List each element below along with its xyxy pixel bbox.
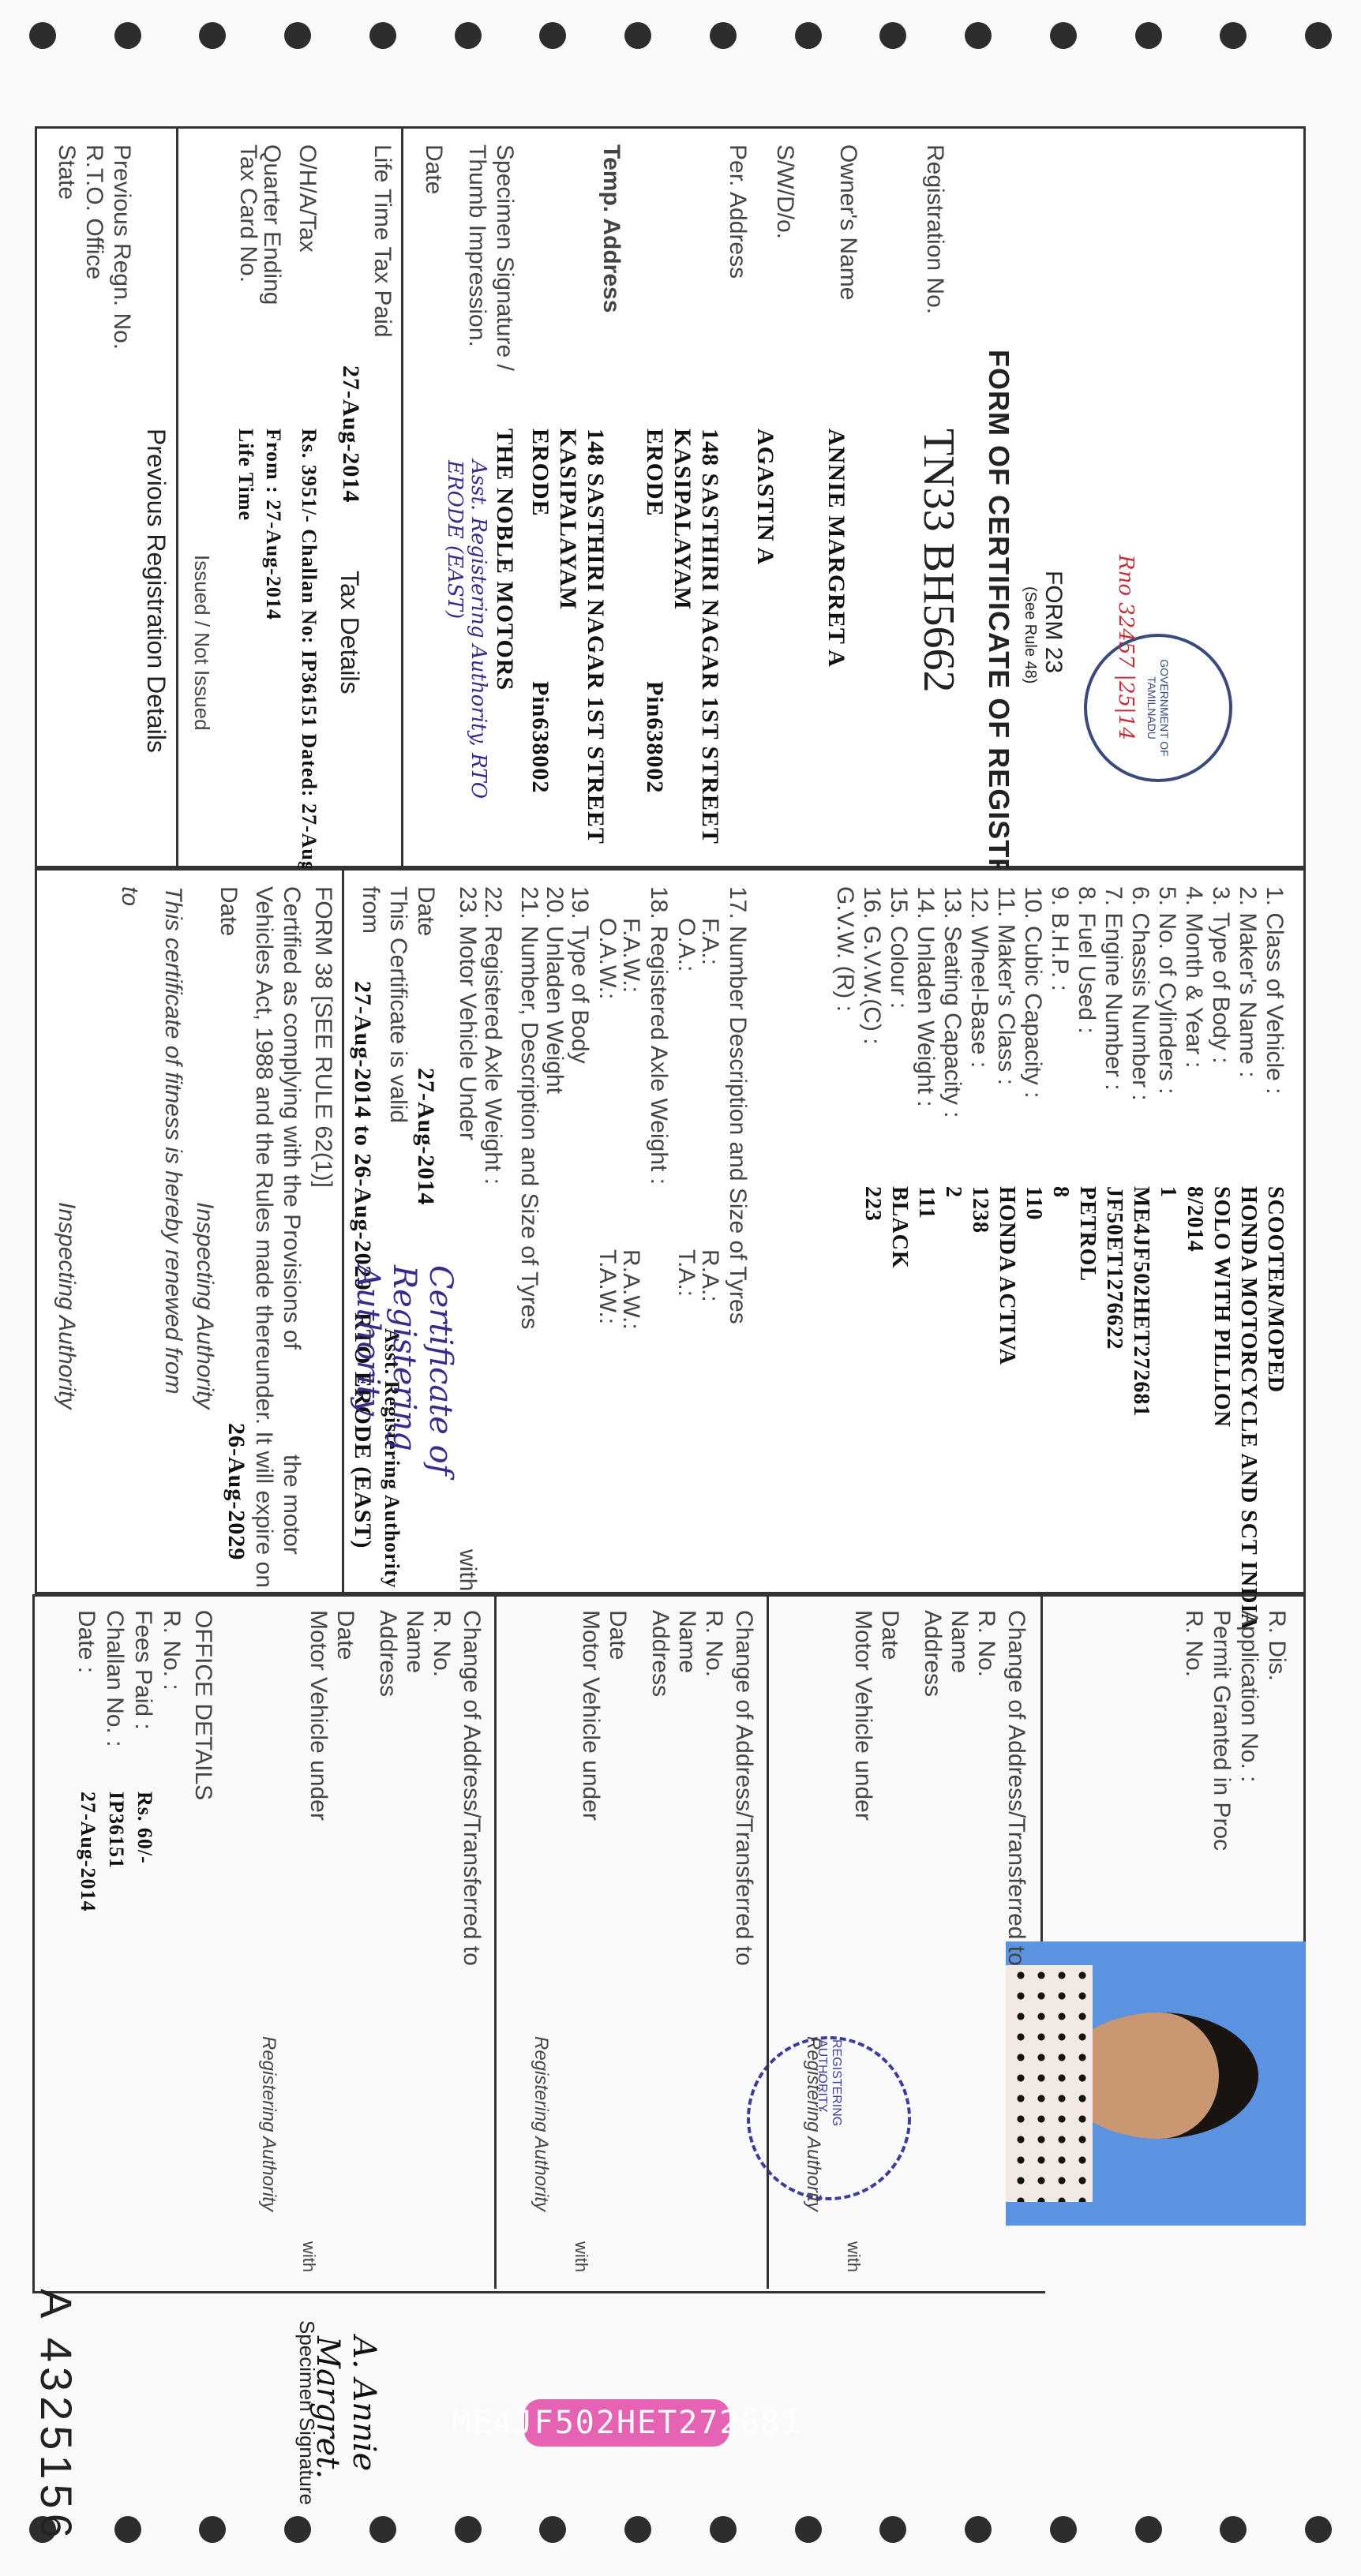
owner-panel: GOVERNMENT OF TAMILNADU Rno 32457 |25|14… bbox=[35, 126, 1306, 868]
vehicle-field-label: 2. Maker's Name : bbox=[1234, 886, 1261, 1077]
tyre-ra: R.A.: bbox=[696, 1249, 723, 1302]
fitness-text-3: Vehicles Act, 1988 and the Rules made th… bbox=[250, 886, 277, 1588]
temp-address-label: Temp. Address bbox=[598, 144, 624, 313]
vehicle-field-label: 14. Unladen Weight : bbox=[912, 886, 939, 1107]
vehicle-field-label: 1. Class of Vehicle : bbox=[1261, 886, 1288, 1094]
item-20: 20. Unladen Weight bbox=[541, 886, 568, 1094]
fitness-text-2: the motor bbox=[278, 1455, 305, 1555]
dealer-name: THE NOBLE MOTORS bbox=[491, 429, 518, 691]
office-field-value: Rs. 60/- bbox=[133, 1792, 156, 1864]
oha-tax-value: Rs. 3951/- Challan No: IP36151 Dated: 27… bbox=[297, 429, 321, 924]
change-field-label: Date bbox=[604, 1610, 631, 1660]
issued-status: Issued / Not Issued bbox=[189, 555, 214, 731]
fitness-date-label: Date bbox=[215, 886, 242, 936]
vehicle-field-label: 11. Maker's Class : bbox=[992, 886, 1019, 1085]
item-23: 23. Motor Vehicle Under bbox=[454, 886, 481, 1140]
vehicle-field-value: 1 bbox=[1155, 1186, 1180, 1198]
vehicle-field-label: 15. Colour : bbox=[885, 886, 912, 1009]
change-field-label: Address bbox=[919, 1610, 946, 1697]
thumb-impression-label: Thumb Impression. bbox=[463, 144, 490, 347]
previous-regn-label: Previous Regn. No. bbox=[108, 144, 135, 350]
form-number: FORM 23 bbox=[1040, 571, 1067, 673]
change-field-label: R. No. bbox=[428, 1610, 455, 1677]
fitness-heading: FORM 38 [SEE RULE 62(1)] bbox=[309, 886, 336, 1188]
specimen-signature-label: Specimen Signature / bbox=[491, 144, 518, 371]
validity-date-label: Date bbox=[412, 886, 439, 936]
vehicle-field-value: 1238 bbox=[967, 1186, 992, 1234]
vehicle-field-label: 16. G.V.W.(C) : bbox=[858, 886, 885, 1045]
per-address-label: Per. Address bbox=[724, 144, 751, 279]
registering-authority-label: Registering Authority bbox=[257, 2036, 279, 2211]
tax-card-value: Life Time bbox=[234, 429, 257, 521]
tax-details-heading: Tax Details bbox=[335, 571, 364, 695]
previous-registration-heading: Previous Registration Details bbox=[141, 429, 171, 753]
office-field-label: Date : bbox=[73, 1610, 99, 1673]
change-field-label: Motor Vehicle under bbox=[305, 1610, 332, 1821]
tyre-fa: F.A.: bbox=[696, 918, 723, 965]
per-address-line: 148 SASTHIRI NAGAR 1ST STREET bbox=[696, 429, 723, 844]
change-field-label: Motor Vehicle under bbox=[849, 1610, 876, 1821]
application-no-label: Application No. : bbox=[1235, 1610, 1262, 1782]
change-field-label: Name bbox=[673, 1610, 700, 1673]
vehicle-field-value: ME4JF502HET272681 bbox=[1128, 1186, 1153, 1417]
vehicle-field-label: 8. Fuel Used : bbox=[1073, 886, 1100, 1034]
swdo-label: S/W/D/o. bbox=[771, 144, 798, 239]
per-address-line: ERODE bbox=[641, 429, 668, 517]
serial-number: A 4325156 bbox=[31, 2289, 82, 2543]
validity-date: 27-Aug-2014 bbox=[412, 1068, 439, 1205]
temp-pin: Pin638002 bbox=[527, 681, 553, 793]
tax-date: 27-Aug-2014 bbox=[337, 365, 364, 503]
tyre-oa: O.A.: bbox=[673, 918, 699, 972]
vehicle-field-value: BLACK bbox=[887, 1186, 912, 1269]
vehicle-field-label: 5. No. of Cylinders : bbox=[1153, 886, 1180, 1094]
change-field-label: R. No. bbox=[973, 1610, 999, 1677]
date-label: Date bbox=[420, 144, 447, 194]
change-heading: Change of Address/Transferred to bbox=[458, 1610, 485, 1966]
tax-card-label: Tax Card No. bbox=[234, 144, 261, 283]
rdis-label: R. Dis. bbox=[1263, 1610, 1290, 1681]
owner-photo bbox=[1006, 1941, 1306, 2226]
vehicle-field-label: 3. Type of Body : bbox=[1207, 886, 1234, 1064]
vehicle-field-value: HONDA MOTORCYCLE AND SCT INDIA bbox=[1235, 1186, 1261, 1631]
change-field-label: Name bbox=[401, 1610, 428, 1673]
vehicle-field-value: SOLO WITH PILLION bbox=[1209, 1186, 1234, 1428]
item-22: 22. Registered Axle Weight : bbox=[479, 886, 506, 1185]
office-field-label: R. No. : bbox=[158, 1610, 185, 1690]
vehicle-panel: 1. Class of Vehicle :SCOOTER/MOPED2. Mak… bbox=[35, 868, 1306, 1594]
vehicle-field-value: HONDA ACTIVA bbox=[994, 1186, 1019, 1365]
change-heading: Change of Address/Transferred to bbox=[730, 1610, 757, 1966]
vehicle-field-value: 8 bbox=[1048, 1186, 1073, 1198]
vehicle-field-label: 4. Month & Year : bbox=[1180, 886, 1207, 1068]
registration-no-label: Registration No. bbox=[921, 144, 948, 314]
government-emblem: GOVERNMENT OF TAMILNADU bbox=[1084, 634, 1232, 782]
registration-certificate: GOVERNMENT OF TAMILNADU Rno 32457 |25|14… bbox=[0, 0, 1361, 2576]
vehicle-field-value: 8/2014 bbox=[1182, 1186, 1207, 1252]
change-heading: Change of Address/Transferred to bbox=[1003, 1610, 1029, 1966]
vehicle-field-label: 13. Seating Capacity : bbox=[939, 886, 965, 1118]
vehicle-field-value: 2 bbox=[940, 1186, 965, 1198]
vehicle-field-value: 223 bbox=[860, 1186, 885, 1222]
office-details-heading: OFFICE DETAILS bbox=[189, 1610, 216, 1800]
item-21: 21. Number, Description and Size of Tyre… bbox=[516, 886, 542, 1329]
owner-specimen-signature: A. Annie Margret. bbox=[309, 2336, 382, 2576]
fitness-text-1: Certified as complying with the Provisio… bbox=[278, 886, 305, 1350]
vehicle-field-label: G.V.W. (R) : bbox=[831, 886, 858, 1012]
vehicle-field-label: 7. Engine Number : bbox=[1100, 886, 1127, 1090]
change-field-label: Address bbox=[647, 1610, 673, 1697]
tyres-heading: 17. Number Description and Size of Tyres bbox=[724, 886, 751, 1324]
change-field-label: Name bbox=[946, 1610, 973, 1673]
state-label: State bbox=[53, 144, 80, 200]
oha-tax-label: O/H/A/Tax bbox=[294, 144, 321, 253]
validity-from-label: from bbox=[357, 886, 384, 934]
tyre-ta: T.A.: bbox=[673, 1249, 699, 1297]
office-field-label: Fees Paid : bbox=[129, 1610, 156, 1730]
inspecting-authority: Inspecting Authority bbox=[191, 1202, 218, 1409]
office-field-value: IP36151 bbox=[104, 1792, 128, 1869]
vehicle-field-value: JF50ET1276622 bbox=[1101, 1186, 1127, 1350]
axle-heading: 18. Registered Axle Weight : bbox=[645, 886, 672, 1185]
temp-address-line: ERODE bbox=[527, 429, 553, 517]
vehicle-field-label: 12. Wheel-Base : bbox=[965, 886, 992, 1068]
fitness-renewal-text: This certificate of fitness is hereby re… bbox=[159, 886, 186, 1395]
temp-address-line: 148 SASTHIRI NAGAR 1ST STREET bbox=[582, 429, 609, 844]
registering-authority-label: Registering Authority bbox=[530, 2036, 552, 2211]
rto-office-label: R.T.O. Office bbox=[81, 144, 107, 279]
change-field-label: Date bbox=[332, 1610, 358, 1660]
change-field-label: Motor Vehicle under bbox=[577, 1610, 604, 1821]
axle-faw: F.A.W.: bbox=[617, 918, 644, 993]
authority-stamp: Asst. Registering Authority, RTO ERODE (… bbox=[443, 460, 490, 866]
office-field-value: 27-Aug-2014 bbox=[76, 1792, 99, 1912]
per-address-line: KASIPALAYAM bbox=[669, 429, 695, 610]
vehicle-field-value: 110 bbox=[1021, 1186, 1046, 1220]
permit-granted-label: Permit Granted in Proc bbox=[1208, 1610, 1235, 1851]
axle-taw: T.A.W.: bbox=[594, 1249, 621, 1324]
vehicle-field-value: 111 bbox=[913, 1186, 939, 1219]
validity-period: 27-Aug-2014 to 26-Aug-2029 bbox=[349, 981, 376, 1291]
owner-name: ANNIE MARGRET A bbox=[823, 429, 849, 668]
transfer-panel: R. Dis. Application No. : Permit Granted… bbox=[35, 1594, 1306, 2289]
office-field-label: Challan No. : bbox=[101, 1610, 128, 1747]
with-label: with bbox=[298, 2241, 319, 2272]
vehicle-field-label: 10. Cubic Capacity : bbox=[1019, 886, 1046, 1098]
form-rule: (See Rule 48) bbox=[1021, 586, 1039, 683]
registering-authority-signature: Certificate of Registering Authority bbox=[350, 1265, 459, 1592]
specimen-signature-label: Specimen Signature bbox=[294, 2320, 319, 2505]
swdo-value: AGASTIN A bbox=[752, 429, 778, 565]
change-field-label: R. No. bbox=[700, 1610, 727, 1677]
lifetime-tax-label: Life Time Tax Paid bbox=[369, 144, 396, 338]
vehicle-field-label: 6. Chassis Number : bbox=[1127, 886, 1153, 1101]
fitness-expiry: 26-Aug-2029 bbox=[223, 1423, 249, 1560]
item-19: 19. Type of Body bbox=[566, 886, 593, 1064]
quarter-ending-value: From : 27-Aug-2014 bbox=[261, 429, 285, 620]
owner-name-label: Owner's Name bbox=[834, 144, 861, 300]
handwritten-note: Rno 32457 |25|14 bbox=[1114, 555, 1138, 740]
vehicle-field-label: 9. B.H.P. : bbox=[1046, 886, 1073, 991]
fitness-to-label: to bbox=[116, 886, 143, 906]
vehicle-field-value: SCOOTER/MOPED bbox=[1262, 1186, 1288, 1393]
change-field-label: Date bbox=[876, 1610, 903, 1660]
chassis-pencil-print: ME4JF502HET272681 bbox=[524, 2399, 729, 2447]
validity-text: This Certificate is valid bbox=[384, 886, 411, 1123]
with-label: with bbox=[571, 2241, 591, 2272]
inspecting-authority-2: Inspecting Authority bbox=[53, 1202, 80, 1409]
rdis-rno-label: R. No. bbox=[1180, 1610, 1207, 1677]
change-field-label: Address bbox=[374, 1610, 401, 1697]
registering-authority-label: Registering Authority bbox=[802, 2036, 824, 2211]
per-pin: Pin638002 bbox=[641, 681, 668, 793]
temp-address-line: KASIPALAYAM bbox=[554, 429, 581, 610]
with-label: with bbox=[843, 2241, 864, 2272]
axle-oaw: O.A.W.: bbox=[594, 918, 621, 999]
vehicle-field-value: PETROL bbox=[1074, 1186, 1100, 1282]
quarter-ending-label: Quarter Ending bbox=[258, 144, 285, 305]
axle-raw: R.A.W.: bbox=[617, 1249, 644, 1330]
registration-number: TN33 BH5662 bbox=[913, 429, 964, 692]
